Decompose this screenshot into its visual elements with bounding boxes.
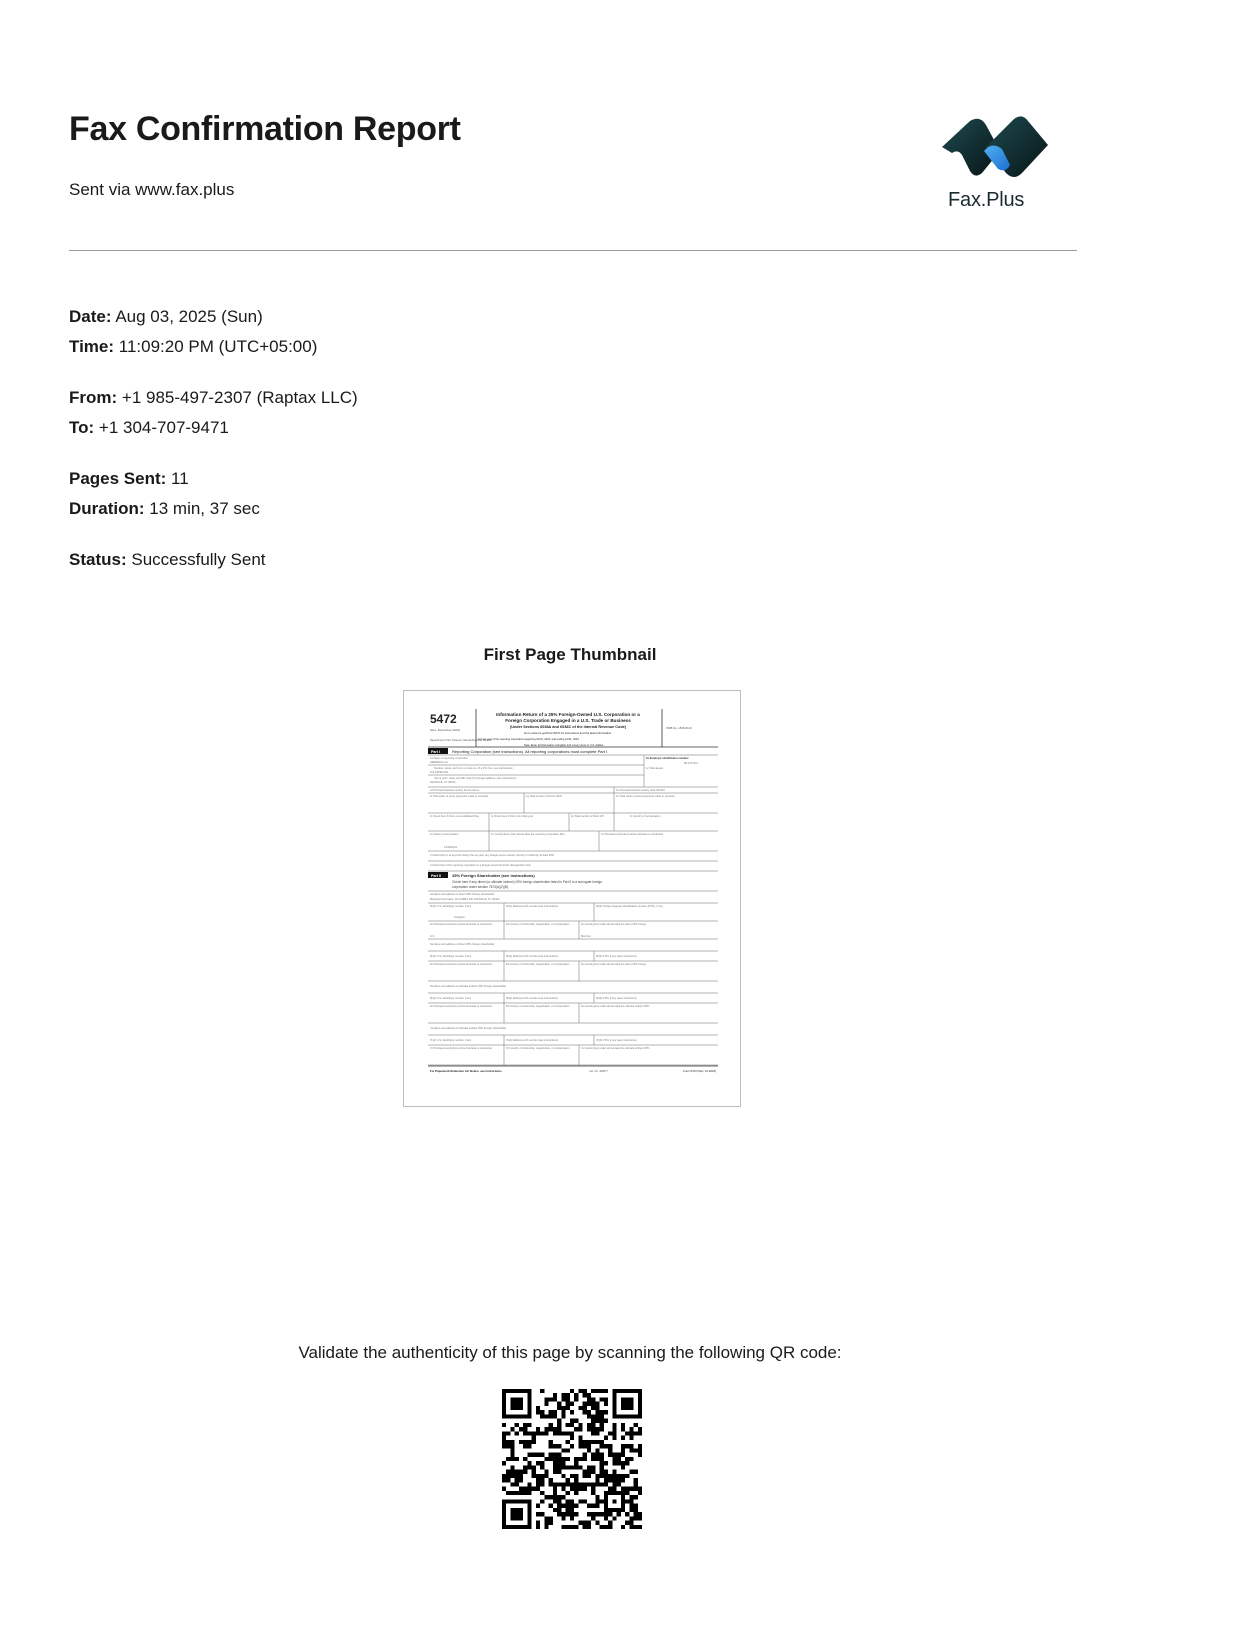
svg-text:Foreigner: Foreigner: [454, 915, 465, 919]
to-row: To: +1 304-707-9471: [69, 413, 358, 443]
svg-text:DANVILLE, KY 40422: DANVILLE, KY 40422: [430, 780, 456, 784]
svg-text:1l Country of incorporation: 1l Country of incorporation: [630, 814, 661, 818]
svg-text:7e Country(ies) under whose la: 7e Country(ies) under whose laws the ult…: [581, 1046, 650, 1050]
pages-duration-block: Pages Sent: 11 Duration: 13 min, 37 sec: [69, 464, 260, 524]
from-label: From:: [69, 388, 117, 407]
svg-text:4b(2) Reference ID number (see: 4b(2) Reference ID number (see instructi…: [506, 904, 558, 908]
svg-text:6c Principal country(ies) wher: 6c Principal country(ies) where business…: [430, 1004, 492, 1008]
svg-text:5b(1) U.S. identifying number,: 5b(1) U.S. identifying number, if any: [430, 954, 472, 958]
first-page-thumbnail: 5472 (Rev. December 2023) Department of …: [403, 690, 741, 1107]
svg-text:6b(3) FTIN, if any (see instru: 6b(3) FTIN, if any (see instructions): [596, 996, 637, 1000]
svg-text:Morocco: Morocco: [581, 934, 592, 938]
svg-text:7a Name and address of ultimat: 7a Name and address of ultimate indirect…: [430, 1026, 506, 1030]
form-rev: (Rev. December 2023): [430, 728, 460, 732]
svg-text:7d Country of citizenship, org: 7d Country of citizenship, organization,…: [506, 1046, 570, 1050]
date-time-block: Date: Aug 03, 2025 (Sun) Time: 11:09:20 …: [69, 302, 317, 362]
part1-tag: Part I: [431, 750, 440, 754]
status-value: Successfully Sent: [131, 550, 265, 569]
duration-label: Duration:: [69, 499, 145, 518]
page-title: Fax Confirmation Report: [69, 110, 461, 149]
form-title-4: Go to www.irs.gov/Form5472 for instructi…: [524, 731, 612, 735]
svg-text:1d Principal business activity: 1d Principal business activity E-Commerc…: [430, 788, 480, 792]
svg-text:1b Employer identification num: 1b Employer identification number: [646, 756, 689, 760]
duration-row: Duration: 13 min, 37 sec: [69, 494, 260, 524]
svg-text:1j Check here if this is the i: 1j Check here if this is the initial yea…: [491, 814, 533, 818]
form-number: 5472: [430, 712, 457, 726]
svg-text:1k Total number of Parts VIII: 1k Total number of Parts VIII: [571, 814, 604, 818]
svg-text:5b(3) FTIN, if any (see instru: 5b(3) FTIN, if any (see instructions): [596, 954, 637, 958]
status-row: Status: Successfully Sent: [69, 545, 266, 575]
time-row: Time: 11:09:20 PM (UTC+05:00): [69, 332, 317, 362]
svg-text:4b(1) U.S. identifying number,: 4b(1) U.S. identifying number, if any: [430, 904, 472, 908]
svg-text:6e Country(ies) under whose la: 6e Country(ies) under whose laws the ult…: [581, 1004, 650, 1008]
form-title-3: (Under Sections 6038A and 6038C of the I…: [510, 725, 627, 729]
part2-tag: Part II: [431, 874, 441, 878]
svg-text:6b(2) Reference ID number (see: 6b(2) Reference ID number (see instructi…: [506, 996, 558, 1000]
svg-text:Check here if any direct (or u: Check here if any direct (or ultimate in…: [452, 880, 602, 884]
svg-text:5c Principal country(ies) wher: 5c Principal country(ies) where business…: [430, 962, 492, 966]
svg-text:HERRERA LLC: HERRERA LLC: [430, 760, 448, 764]
svg-text:1o Principal country(ies) wher: 1o Principal country(ies) where business…: [601, 832, 663, 836]
form-title-1: Information Return of a 25% Foreign-Owne…: [496, 712, 640, 717]
svg-text:88-1767341: 88-1767341: [684, 761, 698, 765]
svg-text:1g Total number of Forms 5472: 1g Total number of Forms 5472: [526, 794, 563, 798]
svg-text:corporation under section 7874: corporation under section 7874(a)(2)(B).: [452, 885, 509, 889]
svg-text:5b(2) Reference ID number (see: 5b(2) Reference ID number (see instructi…: [506, 954, 558, 958]
date-label: Date:: [69, 307, 112, 326]
svg-text:1c Total assets: 1c Total assets: [646, 766, 664, 770]
to-label: To:: [69, 418, 94, 437]
svg-text:1i Check here if this is a con: 1i Check here if this is a consolidated …: [430, 814, 479, 818]
svg-text:4b(3) Foreign taxpayer identif: 4b(3) Foreign taxpayer identification nu…: [596, 904, 663, 908]
validation-text: Validate the authenticity of this page b…: [0, 1343, 1140, 1363]
logo-text: Fax.Plus: [948, 189, 1024, 212]
date-row: Date: Aug 03, 2025 (Sun): [69, 302, 317, 332]
svg-text:1e Principal business activity: 1e Principal business activity code 4541…: [616, 788, 665, 792]
part1-title: Reporting Corporation (see instructions)…: [452, 749, 608, 754]
svg-text:4e Country(ies) under whose la: 4e Country(ies) under whose laws the dir…: [581, 922, 647, 926]
svg-text:Number, street, and room or su: Number, street, and room or suite no. (I…: [434, 766, 514, 770]
svg-text:1n Country(ies) under whose la: 1n Country(ies) under whose laws the rep…: [491, 832, 565, 836]
svg-text:4d Country of citizenship, org: 4d Country of citizenship, organization,…: [506, 922, 570, 926]
pages-label: Pages Sent:: [69, 469, 166, 488]
from-to-block: From: +1 985-497-2307 (Raptax LLC) To: +…: [69, 383, 358, 443]
svg-text:6d Country of citizenship, org: 6d Country of citizenship, organization,…: [506, 1004, 570, 1008]
svg-text:1f Total value of gross paymen: 1f Total value of gross payments made or…: [430, 794, 488, 798]
qr-code-icon[interactable]: [502, 1389, 642, 1529]
svg-text:3 Check here if the reporting: 3 Check here if the reporting corporatio…: [430, 863, 531, 867]
date-value: Aug 03, 2025 (Sun): [115, 307, 262, 326]
form-footer-left: For Paperwork Reduction Act Notice, see …: [430, 1069, 503, 1073]
svg-text:7b(2) Reference ID number (see: 7b(2) Reference ID number (see instructi…: [506, 1038, 558, 1042]
to-value: +1 304-707-9471: [99, 418, 229, 437]
svg-text:City or town, state, and ZIP c: City or town, state, and ZIP code (If a …: [434, 776, 517, 780]
svg-text:4c Principal country(ies) wher: 4c Principal country(ies) where business…: [430, 922, 492, 926]
svg-text:2 Check here if, at any time d: 2 Check here if, at any time during the …: [430, 853, 555, 857]
status-label: Status:: [69, 550, 127, 569]
from-row: From: +1 985-497-2307 (Raptax LLC): [69, 383, 358, 413]
svg-text:7b(1) U.S. identifying number,: 7b(1) U.S. identifying number, if any: [430, 1038, 472, 1042]
form-title-2: Foreign Corporation Engaged in a U.S. Tr…: [505, 718, 631, 723]
svg-text:7b(3) FTIN, if any (see instru: 7b(3) FTIN, if any (see instructions): [596, 1038, 637, 1042]
svg-text:7c Principal country(ies) wher: 7c Principal country(ies) where business…: [430, 1046, 492, 1050]
svg-text:6a Name and address of ultimat: 6a Name and address of ultimate indirect…: [430, 984, 506, 988]
svg-text:112 ASPEN DR: 112 ASPEN DR: [430, 770, 448, 774]
from-value: +1 985-497-2307 (Raptax LLC): [122, 388, 358, 407]
header-divider: [69, 250, 1077, 251]
time-label: Time:: [69, 337, 114, 356]
pages-value: 11: [171, 469, 189, 488]
pages-row: Pages Sent: 11: [69, 464, 260, 494]
sent-via-text: Sent via www.fax.plus: [69, 180, 234, 200]
form-tax-year: For tax year of the reporting corporatio…: [478, 737, 579, 741]
svg-text:5d Country of citizenship, org: 5d Country of citizenship, organization,…: [506, 962, 570, 966]
duration-value: 13 min, 37 sec: [149, 499, 260, 518]
svg-text:5a Name and address of direct: 5a Name and address of direct 25% foreig…: [430, 942, 495, 946]
svg-text:1m Date of incorporation: 1m Date of incorporation: [430, 832, 459, 836]
svg-text:Mohamed Hermassi, 112 ASPEN DR: Mohamed Hermassi, 112 ASPEN DR, DANVILLE…: [430, 897, 500, 901]
svg-text:12/19/2023: 12/19/2023: [444, 845, 458, 849]
form-omb: OMB No. 1545-0123: [666, 726, 692, 730]
svg-text:1h Total value of gross paymen: 1h Total value of gross payments made or…: [616, 794, 675, 798]
svg-text:6b(1) U.S. identifying number,: 6b(1) U.S. identifying number, if any: [430, 996, 472, 1000]
svg-text:4a Name and address of direct: 4a Name and address of direct 25% foreig…: [430, 892, 495, 896]
time-value: 11:09:20 PM (UTC+05:00): [119, 337, 318, 356]
svg-text:U.S.: U.S.: [430, 934, 435, 938]
svg-text:1a Name of reporting corporati: 1a Name of reporting corporation: [430, 756, 469, 760]
part2-title: 25% Foreign Shareholder (see instruction…: [452, 873, 535, 878]
form-note: Note: Enter all information in English a…: [524, 743, 604, 747]
thumbnail-heading: First Page Thumbnail: [0, 645, 1140, 665]
form-footer-right: Form 5472 (Rev. 12-2023): [683, 1069, 716, 1073]
svg-text:5e Country(ies) under whose la: 5e Country(ies) under whose laws the dir…: [581, 962, 647, 966]
status-block: Status: Successfully Sent: [69, 545, 266, 575]
form-footer-mid: Cat. No. 49987Y: [589, 1069, 608, 1073]
